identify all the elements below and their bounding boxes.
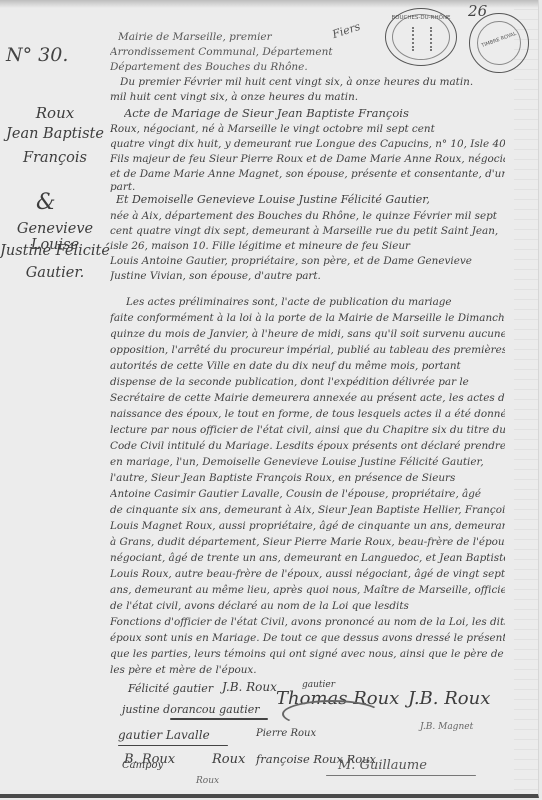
signature: justine dorancou gautier — [122, 703, 260, 716]
body-line: Et Demoiselle Genevieve Louise Justine F… — [116, 193, 511, 206]
body-line: Fonctions d'officier de l'état Civil, av… — [110, 616, 505, 628]
body-line: mil huit cent vingt six, à onze heures d… — [110, 91, 505, 103]
header-line-3: Département des Bouches du Rhône. — [110, 61, 505, 73]
body-line: en mariage, l'un, Demoiselle Genevieve L… — [110, 456, 505, 468]
body-line: lecture par nous officier de l'état civi… — [110, 424, 505, 436]
signature-underline — [118, 745, 228, 746]
body-line: Louis Antoine Gautier, propriétaire, son… — [110, 255, 505, 267]
signature-flourish-icon — [282, 700, 382, 728]
body-line: à Grans, dudit département, Sieur Pierre… — [110, 536, 505, 548]
body-line: Du premier Février mil huit cent vingt s… — [120, 76, 515, 88]
body-line: Secrétaire de cette Mairie demeurera ann… — [110, 392, 505, 404]
body-line: autorités de cette Ville en date du dix … — [110, 360, 505, 372]
body-line: quatre vingt dix huit, y demeurant rue L… — [110, 138, 505, 150]
signature: Roux — [212, 752, 245, 767]
margin-ampersand: & — [36, 190, 56, 215]
body-line: Acte de Mariage de Sieur Jean Baptiste F… — [124, 106, 519, 120]
body-line: et de Dame Marie Anne Magnet, son épouse… — [110, 168, 505, 180]
body-line: négociant, âgé de trente un ans, demeura… — [110, 552, 505, 564]
register-page: 26 Fiers BOUCHES-DU-RHÔNE TIMBRE ROYAL N… — [0, 0, 539, 798]
body-line: Louis Roux, autre beau-frère de l'époux,… — [110, 568, 505, 580]
left-margin: N° 30. Roux Jean Baptiste François & Gen… — [0, 0, 110, 794]
margin-bride-surname: Gautier. — [0, 265, 110, 281]
signature: gautier Lavalle — [118, 728, 210, 742]
body-line: de l'état civil, avons déclaré au nom de… — [110, 600, 505, 612]
body-line: cent quatre vingt dix sept, demeurant à … — [110, 225, 505, 237]
body-line: naissance des époux, le tout en forme, d… — [110, 408, 505, 420]
body-line: née à Aix, département des Bouches du Rh… — [110, 210, 505, 222]
signature: J.B. Roux — [222, 680, 277, 694]
body-line: l'autre, Sieur Jean Baptiste François Ro… — [110, 472, 505, 484]
signature: Pierre Roux — [256, 728, 316, 739]
body-line: Louis Magnet Roux, aussi propriétaire, â… — [110, 520, 505, 532]
body-line: de cinquante six ans, demeurant à Aix, S… — [110, 504, 505, 516]
body-line: part. — [110, 181, 505, 193]
signature: Félicité gautier — [128, 682, 213, 695]
signature: M. Guillaume — [338, 758, 427, 773]
body-line: les père et mère de l'époux. — [110, 664, 505, 676]
header-line-2: Arrondissement Communal, Département — [110, 46, 505, 58]
body-line: Fils majeur de feu Sieur Pierre Roux et … — [110, 153, 505, 165]
body-line: ans, demeurant au même lieu, après quoi … — [110, 584, 505, 596]
act-number: N° 30. — [6, 44, 68, 66]
body-line: Roux, négociant, né à Marseille le vingt… — [110, 123, 505, 135]
signature: J.B. Roux — [408, 688, 490, 709]
body-line: Antoine Casimir Gautier Lavalle, Cousin … — [110, 488, 505, 500]
body-line: Code Civil intitulé du Mariage. Lesdits … — [110, 440, 505, 452]
signature: J.B. Magnet — [420, 722, 473, 732]
body-line: Justine Vivian, son épouse, d'autre part… — [110, 270, 505, 282]
body-line: que les parties, leurs témoins qui ont s… — [110, 648, 505, 660]
margin-groom-surname: Roux — [0, 104, 110, 122]
body-line: isle 26, maison 10. Fille légitime et mi… — [110, 240, 505, 252]
body-line: Les actes préliminaires sont, l'acte de … — [126, 296, 521, 308]
header-line-1: Mairie de Marseille, premier — [118, 31, 513, 43]
body-line: époux sont unis en Mariage. De tout ce q… — [110, 632, 505, 644]
body-line: faite conformément à la loi à la porte d… — [110, 312, 505, 324]
signature: Campoy — [122, 760, 163, 771]
oval-stamp-label: BOUCHES-DU-RHÔNE — [386, 15, 456, 21]
signature-underline — [170, 718, 268, 720]
body-line: quinze du mois de Janvier, à l'heure de … — [110, 328, 505, 340]
body-line: opposition, l'arrêté du procureur impéri… — [110, 344, 505, 356]
body-line: dispense de la seconde publication, dont… — [110, 376, 505, 388]
margin-groom-given-1: Jean Baptiste — [0, 126, 110, 142]
margin-groom-given-2: François — [0, 150, 110, 166]
margin-bride-given-2: Justine Félicité — [0, 243, 110, 259]
signature-underline — [326, 775, 476, 776]
signature: Roux — [196, 776, 219, 786]
